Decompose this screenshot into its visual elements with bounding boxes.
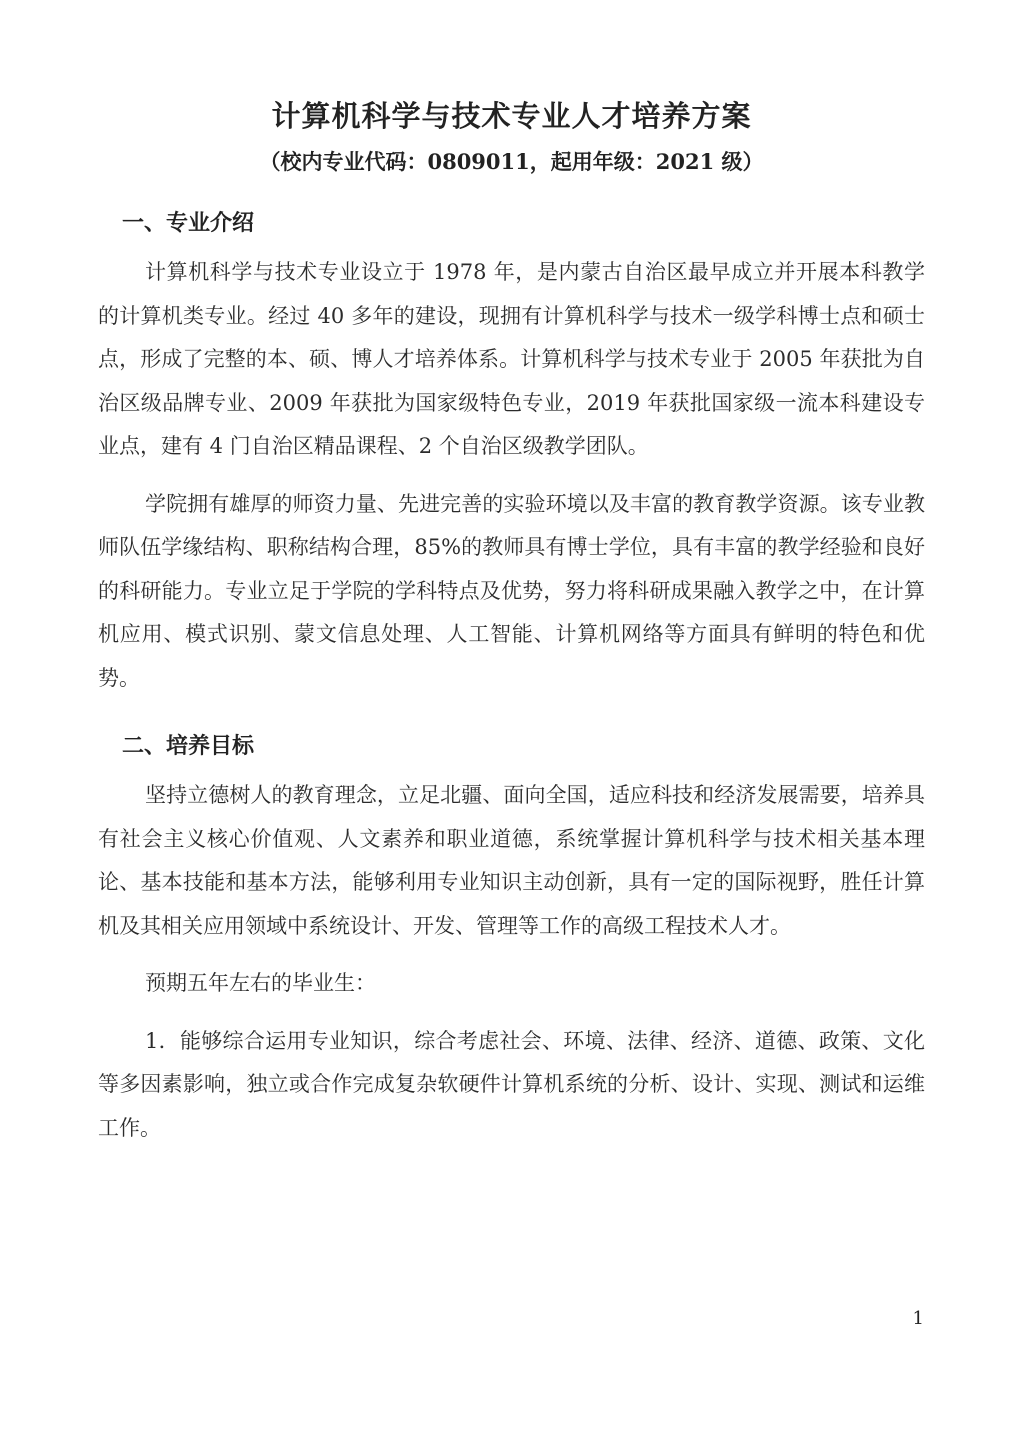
section-heading-major-introduction: 一、专业介绍 xyxy=(122,209,925,239)
paragraph: 预期五年左右的毕业生： xyxy=(98,962,925,1006)
section-heading-training-objectives: 二、培养目标 xyxy=(122,732,925,762)
page-title: 计算机科学与技术专业人才培养方案 xyxy=(98,96,925,137)
page-number: 1 xyxy=(913,1308,924,1330)
document-page: 计算机科学与技术专业人才培养方案 （校内专业代码：0809011，起用年级：20… xyxy=(0,0,1024,1448)
paragraph: 计算机科学与技术专业设立于 1978 年，是内蒙古自治区最早成立并开展本科教学的… xyxy=(98,251,925,469)
paragraph: 1．能够综合运用专业知识，综合考虑社会、环境、法律、经济、道德、政策、文化等多因… xyxy=(98,1020,925,1151)
paragraph: 坚持立德树人的教育理念，立足北疆、面向全国，适应科技和经济发展需要，培养具有社会… xyxy=(98,774,925,948)
page-subtitle: （校内专业代码：0809011，起用年级：2021 级） xyxy=(98,147,925,177)
paragraph: 学院拥有雄厚的师资力量、先进完善的实验环境以及丰富的教育教学资源。该专业教师队伍… xyxy=(98,483,925,701)
